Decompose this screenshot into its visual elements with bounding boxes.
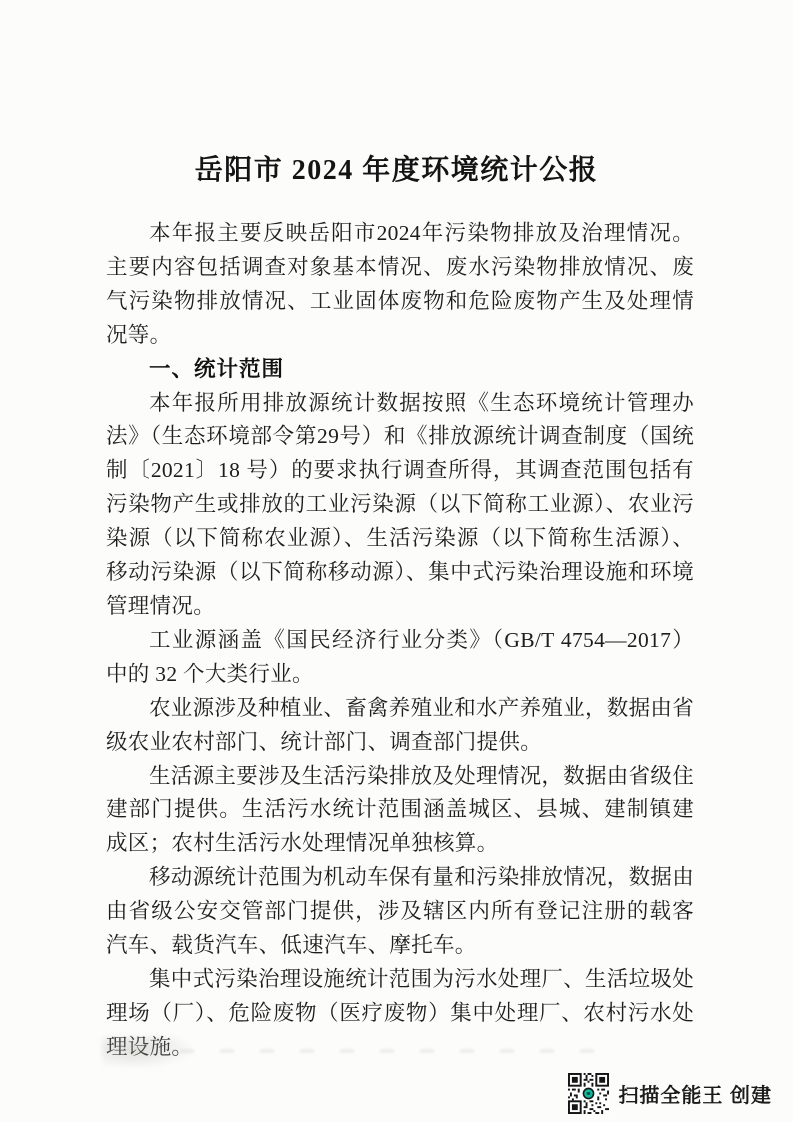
document-body: 本年报主要反映岳阳市2024年污染物排放及治理情况。主要内容包括调查对象基本情况… (106, 217, 694, 1065)
qr-code-icon (568, 1073, 609, 1114)
paragraph-mobile-source: 移动源统计范围为机动车保有量和污染排放情况，数据由由省级公安交管部门提供，涉及辖… (106, 861, 694, 963)
camscanner-watermark: 扫描全能王 创建 (568, 1073, 772, 1114)
page-title: 岳阳市 2024 年度环境统计公报 (0, 148, 793, 188)
section-heading-statistic-scope: 一、统计范围 (106, 353, 694, 387)
paragraph-industrial-source: 工业源涵盖《国民经济行业分类》（GB/T 4754—2017）中的 32 个大类… (106, 624, 694, 692)
scanned-document-page: 岳阳市 2024 年度环境统计公报 本年报主要反映岳阳市2024年污染物排放及治… (0, 0, 793, 1122)
watermark-text: 扫描全能王 创建 (618, 1079, 772, 1108)
paragraph-agricultural-source: 农业源涉及种植业、畜禽养殖业和水产养殖业，数据由省级农业农村部门、统计部门、调查… (106, 692, 694, 760)
paragraph-survey-basis: 本年报所用排放源统计数据按照《生态环境统计管理办法》（生态环境部令第29号）和《… (106, 387, 694, 624)
paragraph-domestic-source: 生活源主要涉及生活污染排放及处理情况，数据由省级住建部门提供。生活污水统计范围涵… (106, 760, 694, 862)
intro-paragraph: 本年报主要反映岳阳市2024年污染物排放及治理情况。主要内容包括调查对象基本情况… (106, 217, 694, 353)
paragraph-centralized-treatment: 集中式污染治理设施统计范围为污水处理厂、生活垃圾处理场（厂）、危险废物（医疗废物… (106, 963, 694, 1065)
